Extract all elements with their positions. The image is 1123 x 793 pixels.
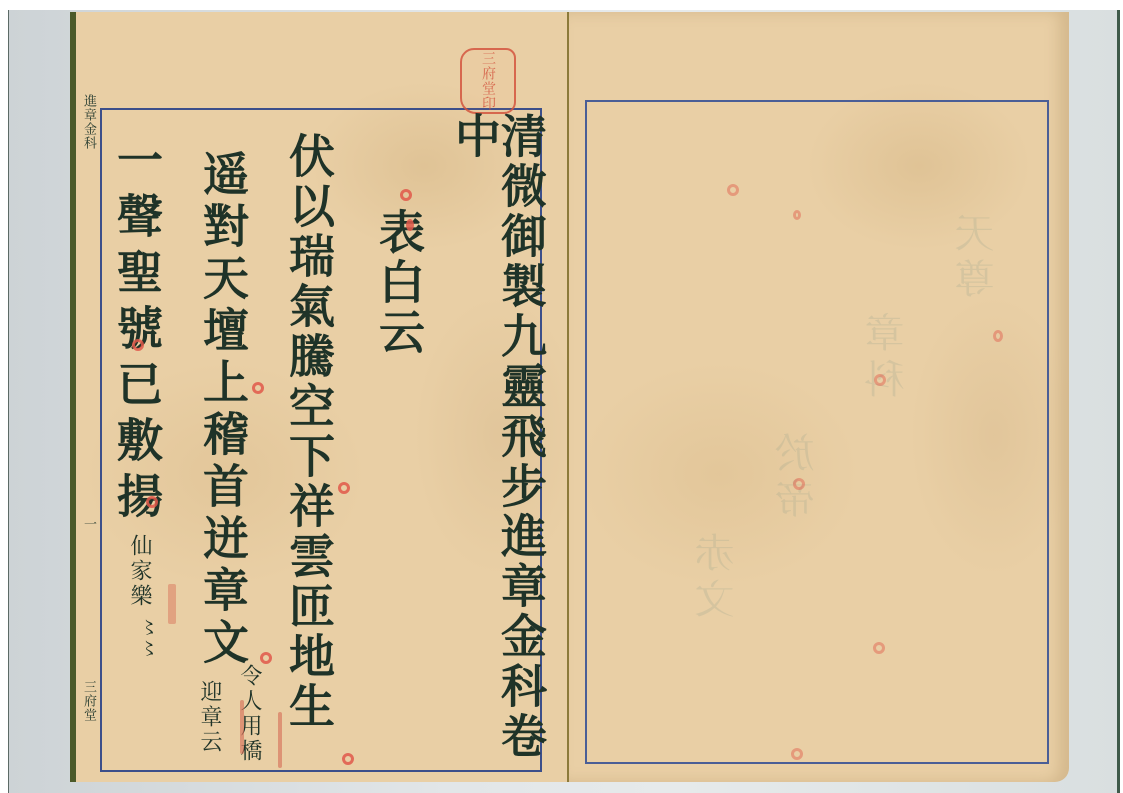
bleed-through-dot bbox=[993, 330, 1003, 342]
punctuation-circle bbox=[146, 496, 158, 508]
punctuation-circle bbox=[260, 652, 272, 664]
bleed-through-dot bbox=[727, 184, 739, 196]
volume-title: 清微御製九靈飛步進章金科卷中 bbox=[452, 112, 544, 782]
section-heading: 表白云 bbox=[376, 208, 422, 358]
bleed-through-text: 赤文 bbox=[689, 532, 746, 624]
bleed-through-text: 天尊 bbox=[949, 212, 1006, 304]
red-smudge bbox=[168, 584, 176, 624]
text-line-2: 遥對天壇上稽首迸章文 bbox=[200, 150, 246, 670]
red-seal-stamp: 三府堂印 bbox=[460, 48, 516, 114]
bleed-through-dot bbox=[793, 478, 805, 490]
tune-name: 仙家樂 bbox=[128, 534, 150, 609]
repeat-mark: 〻〻 bbox=[138, 618, 156, 660]
punctuation-circle bbox=[338, 482, 350, 494]
bleed-through-text: 章科 bbox=[859, 312, 916, 404]
red-annotation-stroke bbox=[278, 712, 282, 768]
punctuation-circle bbox=[252, 382, 264, 394]
bleed-through-dot bbox=[873, 642, 885, 654]
text-line-1: 伏以瑞氣騰空下祥雲匝地生 bbox=[286, 132, 332, 732]
right-page: 天尊 章科 於帝 赤文 bbox=[567, 12, 1069, 782]
punctuation-mark bbox=[406, 219, 414, 231]
annotation-note-b: 迎章云 bbox=[198, 680, 220, 755]
bleed-through-dot bbox=[793, 210, 801, 220]
bleed-through-dot bbox=[791, 748, 803, 760]
punctuation-circle bbox=[132, 339, 144, 351]
bleed-through-dot bbox=[874, 374, 886, 386]
fore-edge-title: 進章金科 bbox=[82, 94, 98, 150]
punctuation-circle bbox=[342, 753, 354, 765]
red-annotation-stroke bbox=[240, 700, 244, 754]
fore-edge-margin: 進章金科 一 三府堂 bbox=[82, 12, 98, 782]
fore-edge-publisher: 三府堂 bbox=[82, 680, 98, 722]
text-line-3: 一聲聖號已敷揚 bbox=[114, 136, 160, 528]
punctuation-circle bbox=[400, 189, 412, 201]
left-page: 進章金科 一 三府堂 三府堂印 清微御製九靈飛步進章金科卷中 表白云 伏以瑞氣騰… bbox=[70, 12, 573, 782]
fore-edge-page-number: 一 bbox=[82, 517, 98, 531]
open-book: 進章金科 一 三府堂 三府堂印 清微御製九靈飛步進章金科卷中 表白云 伏以瑞氣騰… bbox=[70, 12, 1070, 782]
